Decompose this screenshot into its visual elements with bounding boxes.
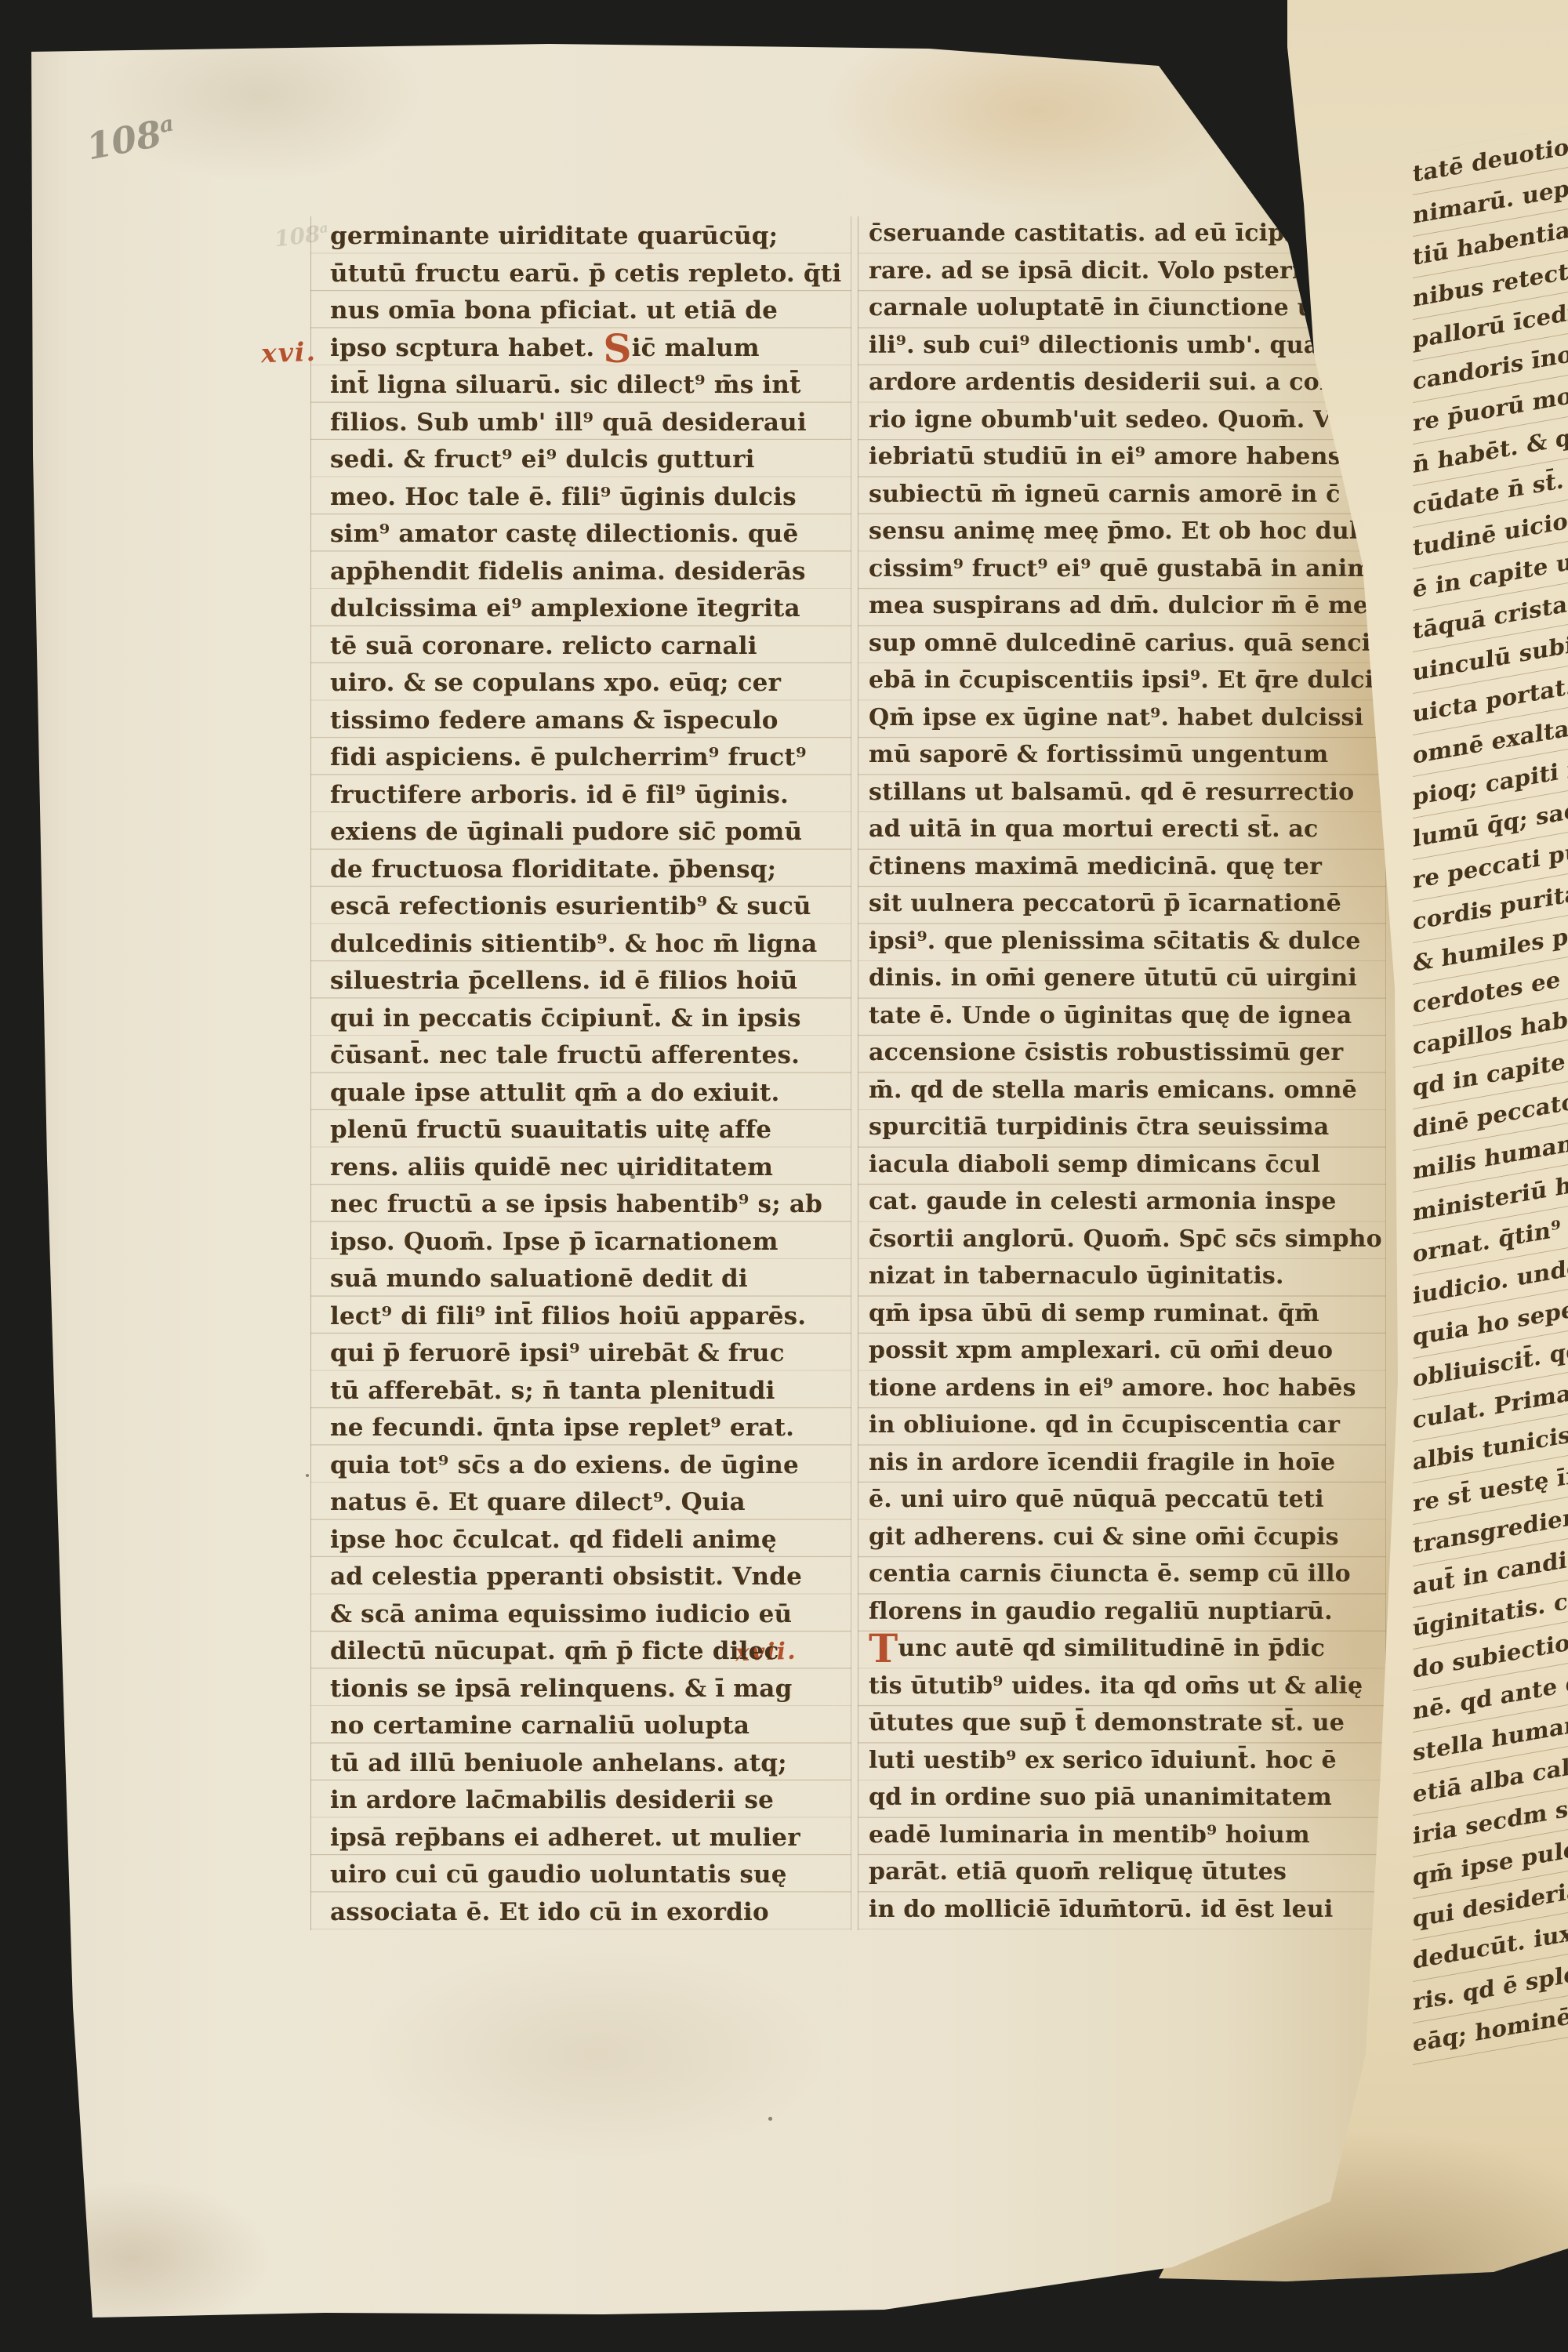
text-line: c̄sortii anglorū. Quom̄. Spc̄ sc̄s simph… bbox=[869, 1221, 1378, 1258]
text-segment: tionis se ipsā relinquens. & ī mag bbox=[330, 1675, 792, 1703]
text-segment: florens in gaudio regaliū nuptiarū. bbox=[869, 1598, 1333, 1625]
text-segment: fidi aspiciens. ē pulcherrim⁹ fruct⁹ bbox=[330, 743, 807, 771]
text-segment: germinante uiriditate quarūcūq; bbox=[330, 222, 778, 250]
text-line: quale ipse attulit qm̄ a do exiuit. bbox=[330, 1075, 848, 1112]
text-line: tū ad illū beniuole anhelans. atq; bbox=[330, 1745, 848, 1783]
text-column-right: c̄seruande castitatis. ad eū īcipit susp… bbox=[869, 215, 1378, 1928]
text-column-left: germinante uiriditate quarūcūq;ūtutū fru… bbox=[330, 218, 848, 1931]
text-segment: c̄sortii anglorū. Quom̄. Spc̄ sc̄s simph… bbox=[869, 1225, 1382, 1253]
text-line: int̄ ligna siluarū. sic dilect⁹ m̄s int̄ bbox=[330, 367, 848, 405]
text-line: subiectū m̄ igneū carnis amorē in c̄ bbox=[869, 476, 1378, 514]
text-segment: rare. ad se ipsā dicit. Volo psternere bbox=[869, 257, 1352, 285]
text-line: ipso scptura habet. Sic̄ malum bbox=[330, 330, 848, 368]
text-segment: mū saporē & fortissimū ungentum bbox=[869, 741, 1328, 768]
text-line: mū saporē & fortissimū ungentum bbox=[869, 736, 1378, 774]
text-segment: ūtutes que sup̄ t̄ demonstrate st̄. ue bbox=[869, 1709, 1345, 1737]
text-segment: ipsi⁹. que plenissima sc̄itatis & dulce bbox=[869, 927, 1361, 955]
text-segment: cat. gaude in celesti armonia inspe bbox=[869, 1188, 1337, 1215]
text-segment: & scā anima equissimo iudicio eū bbox=[330, 1600, 792, 1628]
parchment-speck bbox=[768, 2117, 772, 2121]
text-line: possit xpm amplexari. cū om̄i deuo bbox=[869, 1332, 1378, 1370]
text-segment: quia tot⁹ sc̄s a do exiens. de ūgine bbox=[330, 1451, 799, 1479]
text-segment: stillans ut balsamū. qd ē resurrectio bbox=[869, 779, 1354, 806]
text-line: ad celestia pperanti obsistit. Vnde bbox=[330, 1559, 848, 1596]
text-line: ili⁹. sub cui⁹ dilectionis umb'. qua me … bbox=[869, 327, 1378, 365]
text-line: dilectū nūcupat. qm̄ p̄ ficte dilec bbox=[330, 1633, 848, 1671]
text-segment: ad celestia pperanti obsistit. Vnde bbox=[330, 1563, 802, 1591]
text-segment: ili⁹. sub cui⁹ dilectionis umb'. qua me … bbox=[869, 332, 1385, 359]
text-line: sensu animę meę p̄mo. Et ob hoc dul bbox=[869, 513, 1378, 550]
text-segment: sedi. & fruct⁹ ei⁹ dulcis gutturi bbox=[330, 445, 755, 474]
text-segment: iebriatū studiū in ei⁹ amore habens. bbox=[869, 443, 1349, 470]
text-line: app̄hendit fidelis anima. desiderās bbox=[330, 554, 848, 591]
text-segment: dulcedinis sitientib⁹. & hoc m̄ ligna bbox=[330, 930, 817, 958]
text-line: centia carnis c̄iuncta ē. semp cū illo bbox=[869, 1555, 1378, 1593]
text-segment: dinis. in om̄i genere ūtutū cū uirgini bbox=[869, 964, 1357, 992]
text-line: nus omīa bona pficiat. ut etiā de bbox=[330, 292, 848, 330]
text-line: rio igne obumb'uit sedeo. Quom̄. Vī bbox=[869, 401, 1378, 439]
text-segment: ipsā rep̄bans ei adheret. ut mulier bbox=[330, 1824, 800, 1852]
text-line: parāt. etiā quom̄ reliquę ūtutes bbox=[869, 1853, 1378, 1891]
text-line: tē suā coronare. relicto carnali bbox=[330, 628, 848, 666]
text-line: & scā anima equissimo iudicio eū bbox=[330, 1596, 848, 1634]
text-segment: tū afferebāt. s; n̄ tanta plenitudi bbox=[330, 1377, 775, 1405]
folio-number-digits: 108 bbox=[83, 112, 165, 168]
text-line: mea suspirans ad dm̄. dulcior m̄ ē mea bbox=[869, 587, 1378, 625]
text-segment: natus ē. Et quare dilect⁹. Quia bbox=[330, 1488, 746, 1516]
text-line: iebriatū studiū in ei⁹ amore habens. bbox=[869, 438, 1378, 476]
text-line: tionis se ipsā relinquens. & ī mag bbox=[330, 1671, 848, 1708]
text-line: meo. Hoc tale ē. fili⁹ ūginis dulcis bbox=[330, 479, 848, 517]
text-segment: c̄ūsant̄. nec tale fructū afferentes. bbox=[330, 1041, 800, 1069]
text-line: uiro. & se copulans xpo. eūq; cer bbox=[330, 665, 848, 702]
text-segment: plenū fructū suauitatis uitę affe bbox=[330, 1116, 771, 1144]
text-segment: accensione c̄sistis robustissimū ger bbox=[869, 1039, 1343, 1066]
text-segment: ebā in c̄cupiscentiis ipsi⁹. Et q̄re dul… bbox=[869, 666, 1396, 694]
text-line: lect⁹ di fili⁹ int̄ filios hoiū apparēs. bbox=[330, 1298, 848, 1336]
text-segment: qui p̄ feruorē ipsi⁹ uirebāt & fruc bbox=[330, 1339, 785, 1367]
text-line: nec fructū a se ipsis habentib⁹ s; ab bbox=[330, 1186, 848, 1224]
text-line: in ardore lac̄mabilis desiderii se bbox=[330, 1782, 848, 1820]
rubricated-initial: S bbox=[603, 325, 631, 372]
text-line: qui p̄ feruorē ipsi⁹ uirebāt & fruc bbox=[330, 1335, 848, 1373]
text-line: uiro cui cū gaudio uoluntatis suę bbox=[330, 1857, 848, 1894]
text-line: plenū fructū suauitatis uitę affe bbox=[330, 1112, 848, 1149]
text-segment: lect⁹ di fili⁹ int̄ filios hoiū apparēs. bbox=[330, 1302, 806, 1330]
text-line: florens in gaudio regaliū nuptiarū. bbox=[869, 1593, 1378, 1631]
text-line: c̄ūsant̄. nec tale fructū afferentes. bbox=[330, 1037, 848, 1075]
text-line: cat. gaude in celesti armonia inspe bbox=[869, 1183, 1378, 1221]
text-segment: centia carnis c̄iuncta ē. semp cū illo bbox=[869, 1560, 1351, 1588]
text-segment: in ardore lac̄mabilis desiderii se bbox=[330, 1786, 774, 1814]
text-line: nis in ardore īcendii fragile in hoīe bbox=[869, 1444, 1378, 1482]
text-segment: unc autē qd similitudinē in p̄dic bbox=[898, 1635, 1325, 1662]
text-line: accensione c̄sistis robustissimū ger bbox=[869, 1034, 1378, 1072]
text-segment: tione ardens in ei⁹ amore. hoc habēs bbox=[869, 1374, 1356, 1402]
text-line: sedi. & fruct⁹ ei⁹ dulcis gutturi bbox=[330, 441, 848, 479]
text-line: tis ūtutib⁹ uides. ita qd om̄s ut & alię bbox=[869, 1668, 1378, 1705]
text-segment: parāt. etiā quom̄ reliquę ūtutes bbox=[869, 1858, 1287, 1886]
text-line: suā mundo saluationē dedit di bbox=[330, 1261, 848, 1298]
text-segment: tū ad illū beniuole anhelans. atq; bbox=[330, 1749, 787, 1777]
text-segment: luti uestib⁹ ex serico īduiunt̄. hoc ē bbox=[869, 1747, 1337, 1774]
text-line: siluestria p̄cellens. id ē filios hoiū bbox=[330, 963, 848, 1000]
text-segment: eadē luminaria in mentib⁹ hoium bbox=[869, 1821, 1310, 1849]
facing-page-text-column: tatē deuotionis in respnimarū. ueprib⁹ ī… bbox=[1413, 96, 1568, 2065]
text-line: filios. Sub umb' ill⁹ quā desideraui bbox=[330, 405, 848, 442]
text-segment: ad uitā in qua mortui erecti st̄. ac bbox=[869, 815, 1318, 843]
text-segment: rio igne obumb'uit sedeo. Quom̄. Vī bbox=[869, 406, 1341, 434]
text-line: tū afferebāt. s; n̄ tanta plenitudi bbox=[330, 1373, 848, 1410]
text-line: Tunc autē qd similitudinē in p̄dic bbox=[869, 1630, 1378, 1668]
text-line: exiens de ūginali pudore sic̄ pomū bbox=[330, 814, 848, 851]
text-segment: nizat in tabernaculo ūginitatis. bbox=[869, 1262, 1284, 1290]
text-line: Qm̄ ipse ex ūgine nat⁹. habet dulcissi bbox=[869, 699, 1378, 737]
text-line: git adherens. cui & sine om̄i c̄cupis bbox=[869, 1519, 1378, 1556]
text-line: ipsi⁹. que plenissima sc̄itatis & dulce bbox=[869, 923, 1378, 960]
text-line: ē. uni uiro quē nūquā peccatū teti bbox=[869, 1481, 1378, 1519]
text-segment: sup omnē dulcedinē carius. quā senci bbox=[869, 630, 1370, 657]
text-line: dulcissima ei⁹ amplexione ītegrita bbox=[330, 590, 848, 628]
text-line: tione ardens in ei⁹ amore. hoc habēs bbox=[869, 1370, 1378, 1407]
text-segment: exiens de ūginali pudore sic̄ pomū bbox=[330, 818, 802, 846]
text-segment: tis ūtutib⁹ uides. ita qd om̄s ut & alię bbox=[869, 1672, 1363, 1700]
text-segment: sensu animę meę p̄mo. Et ob hoc dul bbox=[869, 517, 1358, 545]
text-segment: nec fructū a se ipsis habentib⁹ s; ab bbox=[330, 1190, 822, 1218]
text-line: iacula diaboli semp dimicans c̄cul bbox=[869, 1146, 1378, 1184]
text-line: carnale uoluptatē in c̄iunctione uiri bbox=[869, 289, 1378, 327]
text-segment: quale ipse attulit qm̄ a do exiuit. bbox=[330, 1079, 779, 1107]
text-segment: carnale uoluptatē in c̄iunctione uiri bbox=[869, 294, 1345, 321]
text-segment: qm̄ ipsa ūbū di semp ruminat. q̄m̄ bbox=[869, 1300, 1319, 1327]
text-line: stillans ut balsamū. qd ē resurrectio bbox=[869, 774, 1378, 811]
text-segment: ē. uni uiro quē nūquā peccatū teti bbox=[869, 1486, 1324, 1513]
text-line: quia tot⁹ sc̄s a do exiens. de ūgine bbox=[330, 1447, 848, 1485]
text-segment: mea suspirans ad dm̄. dulcior m̄ ē mea bbox=[869, 592, 1384, 619]
text-line: rare. ad se ipsā dicit. Volo psternere bbox=[869, 252, 1378, 290]
text-segment: ardore ardentis desiderii sui. a contra bbox=[869, 368, 1376, 396]
text-line: ipsā rep̄bans ei adheret. ut mulier bbox=[330, 1820, 848, 1857]
text-segment: nis in ardore īcendii fragile in hoīe bbox=[869, 1449, 1335, 1476]
text-line: ūtutū fructu earū. p̄ cetis repleto. q̄t… bbox=[330, 256, 848, 293]
text-line: sup omnē dulcedinē carius. quā senci bbox=[869, 625, 1378, 662]
text-line: tissimo federe amans & īspeculo bbox=[330, 702, 848, 740]
text-line: sim⁹ amator castę dilectionis. quē bbox=[330, 516, 848, 554]
text-segment: tē suā coronare. relicto carnali bbox=[330, 632, 757, 660]
text-segment: in obliuione. qd in c̄cupiscentia car bbox=[869, 1411, 1340, 1439]
text-segment: git adherens. cui & sine om̄i c̄cupis bbox=[869, 1523, 1339, 1551]
text-segment: spurcitiā turpidinis c̄tra seuissima bbox=[869, 1113, 1329, 1141]
text-segment: possit xpm amplexari. cū om̄i deuo bbox=[869, 1337, 1333, 1364]
text-line: cissim⁹ fruct⁹ ei⁹ quē gustabā in anima bbox=[869, 550, 1378, 588]
text-segment: dulcissima ei⁹ amplexione ītegrita bbox=[330, 594, 800, 622]
text-segment: tate ē. Unde o ūginitas quę de ignea bbox=[869, 1002, 1352, 1029]
text-line: ardore ardentis desiderii sui. a contra bbox=[869, 364, 1378, 401]
text-segment: app̄hendit fidelis anima. desiderās bbox=[330, 557, 806, 586]
text-line: dulcedinis sitientib⁹. & hoc m̄ ligna bbox=[330, 926, 848, 964]
text-segment: rens. aliis quidē nec uiriditatem bbox=[330, 1153, 773, 1181]
text-line: fructifere arboris. id ē fil⁹ ūginis. bbox=[330, 777, 848, 815]
text-segment: suā mundo saluationē dedit di bbox=[330, 1265, 748, 1293]
text-line: c̄seruande castitatis. ad eū īcipit susp… bbox=[869, 215, 1378, 252]
rubricated-initial: T bbox=[869, 1625, 898, 1671]
text-segment: ic̄ malum bbox=[632, 334, 760, 362]
text-line: dinis. in om̄i genere ūtutū cū uirgini bbox=[869, 960, 1378, 997]
text-line: nizat in tabernaculo ūginitatis. bbox=[869, 1258, 1378, 1295]
text-segment: uiro cui cū gaudio uoluntatis suę bbox=[330, 1860, 787, 1889]
text-line: escā refectionis esurientib⁹ & sucū bbox=[330, 888, 848, 926]
text-segment: uiro. & se copulans xpo. eūq; cer bbox=[330, 669, 781, 697]
text-segment: qd in ordine suo piā unanimitatem bbox=[869, 1784, 1332, 1811]
chapter-numeral-xvi: xvi. bbox=[260, 336, 317, 368]
text-segment: ipse hoc c̄culcat. qd fideli animę bbox=[330, 1526, 777, 1554]
text-line: no certamine carnaliū uolupta bbox=[330, 1708, 848, 1745]
text-line: ebā in c̄cupiscentiis ipsi⁹. Et q̄re dul… bbox=[869, 662, 1378, 699]
parchment-speck bbox=[306, 1474, 309, 1477]
folio-number: 108a bbox=[83, 110, 179, 169]
text-line: qd in ordine suo piā unanimitatem bbox=[869, 1779, 1378, 1817]
text-line: natus ē. Et quare dilect⁹. Quia bbox=[330, 1484, 848, 1522]
text-segment: siluestria p̄cellens. id ē filios hoiū bbox=[330, 967, 797, 995]
text-segment: iacula diaboli semp dimicans c̄cul bbox=[869, 1151, 1320, 1178]
text-line: c̄tinens maximā medicinā. quę ter bbox=[869, 848, 1378, 886]
text-segment: ipso. Quom̄. Ipse p̄ īcarnationem bbox=[330, 1228, 779, 1256]
text-line: de fructuosa floriditate. p̄bensq; bbox=[330, 851, 848, 889]
text-segment: fructifere arboris. id ē fil⁹ ūginis. bbox=[330, 781, 789, 809]
text-line: luti uestib⁹ ex serico īduiunt̄. hoc ē bbox=[869, 1742, 1378, 1780]
photo-background: tatē deuotionis in respnimarū. ueprib⁹ ī… bbox=[0, 0, 1568, 2352]
text-segment: in do molliciē īdum̄torū. id ēst leui bbox=[869, 1896, 1334, 1923]
text-line: rens. aliis quidē nec uiriditatem bbox=[330, 1149, 848, 1187]
text-segment: sim⁹ amator castę dilectionis. quē bbox=[330, 520, 798, 548]
text-line: m̄. qd de stella maris emicans. omnē bbox=[869, 1072, 1378, 1109]
text-line: qui in peccatis c̄cipiunt̄. & in ipsis bbox=[330, 1000, 848, 1038]
text-segment: filios. Sub umb' ill⁹ quā desideraui bbox=[330, 408, 807, 437]
text-segment: sit uulnera peccatorū p̄ īcarnationē bbox=[869, 890, 1341, 917]
text-line: fidi aspiciens. ē pulcherrim⁹ fruct⁹ bbox=[330, 739, 848, 777]
text-line: in obliuione. qd in c̄cupiscentia car bbox=[869, 1406, 1378, 1444]
text-segment: subiectū m̄ igneū carnis amorē in c̄ bbox=[869, 481, 1341, 508]
text-line: germinante uiriditate quarūcūq; bbox=[330, 218, 848, 256]
text-segment: tissimo federe amans & īspeculo bbox=[330, 706, 779, 735]
text-line: sit uulnera peccatorū p̄ īcarnationē bbox=[869, 885, 1378, 923]
text-segment: associata ē. Et ido cū in exordio bbox=[330, 1898, 769, 1926]
text-segment: ūtutū fructu earū. p̄ cetis repleto. q̄t… bbox=[330, 260, 841, 288]
text-line: tate ē. Unde o ūginitas quę de ignea bbox=[869, 997, 1378, 1035]
parchment-speck bbox=[630, 1174, 635, 1179]
text-segment: Qm̄ ipse ex ūgine nat⁹. habet dulcissi bbox=[869, 704, 1363, 731]
text-line: ad uitā in qua mortui erecti st̄. ac bbox=[869, 811, 1378, 848]
text-segment: escā refectionis esurientib⁹ & sucū bbox=[330, 892, 811, 920]
text-segment: ipso scptura habet. bbox=[330, 334, 603, 362]
text-segment: dilectū nūcupat. qm̄ p̄ ficte dilec bbox=[330, 1637, 779, 1665]
text-segment: c̄tinens maximā medicinā. quę ter bbox=[869, 853, 1322, 880]
text-line: ne fecundi. q̄nta ipse replet⁹ erat. bbox=[330, 1410, 848, 1447]
text-segment: m̄. qd de stella maris emicans. omnē bbox=[869, 1076, 1357, 1104]
text-line: associata ē. Et ido cū in exordio bbox=[330, 1894, 848, 1932]
text-segment: no certamine carnaliū uolupta bbox=[330, 1711, 750, 1740]
text-line: spurcitiā turpidinis c̄tra seuissima bbox=[869, 1109, 1378, 1146]
text-segment: ne fecundi. q̄nta ipse replet⁹ erat. bbox=[330, 1414, 794, 1442]
text-line: eadē luminaria in mentib⁹ hoium bbox=[869, 1817, 1378, 1854]
text-line: ipse hoc c̄culcat. qd fideli animę bbox=[330, 1522, 848, 1559]
text-segment: cissim⁹ fruct⁹ ei⁹ quē gustabā in anima bbox=[869, 555, 1388, 583]
text-segment: int̄ ligna siluarū. sic dilect⁹ m̄s int̄ bbox=[330, 371, 801, 399]
text-line: qm̄ ipsa ūbū di semp ruminat. q̄m̄ bbox=[869, 1295, 1378, 1333]
text-segment: nus omīa bona pficiat. ut etiā de bbox=[330, 296, 778, 325]
text-line: ūtutes que sup̄ t̄ demonstrate st̄. ue bbox=[869, 1704, 1378, 1742]
text-segment: de fructuosa floriditate. p̄bensq; bbox=[330, 855, 776, 884]
text-line: ipso. Quom̄. Ipse p̄ īcarnationem bbox=[330, 1224, 848, 1261]
text-segment: qui in peccatis c̄cipiunt̄. & in ipsis bbox=[330, 1004, 801, 1033]
text-segment: meo. Hoc tale ē. fili⁹ ūginis dulcis bbox=[330, 483, 797, 511]
text-line: in do molliciē īdum̄torū. id ēst leui bbox=[869, 1891, 1378, 1929]
